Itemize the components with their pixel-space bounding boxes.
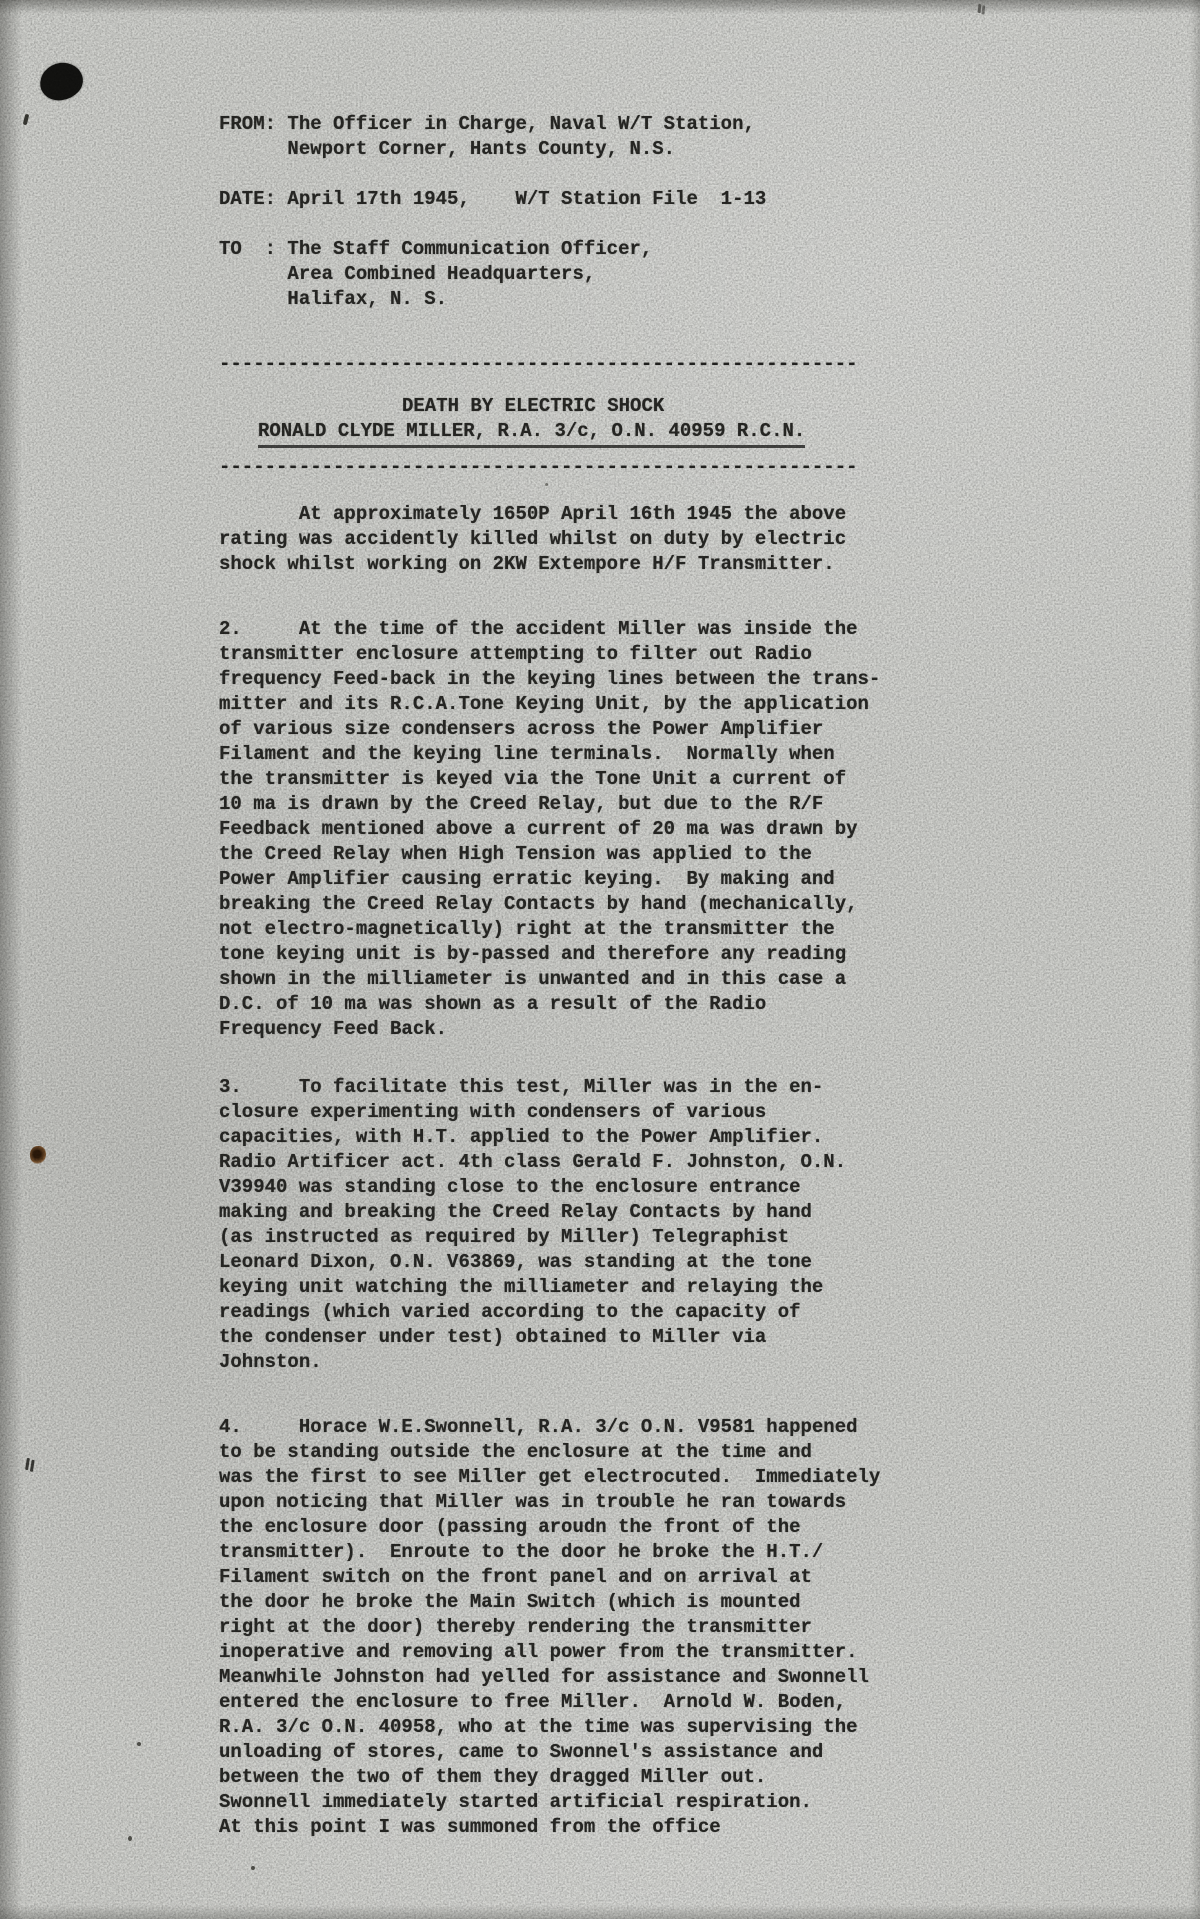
ink-speck — [23, 114, 30, 126]
subject-block: DEATH BY ELECTRIC SHOCK RONALD CLYDE MIL… — [219, 394, 1159, 448]
paper-speck — [137, 1742, 141, 1746]
ink-blot — [38, 60, 86, 103]
paper-speck — [251, 1866, 255, 1870]
from-block: FROM: The Officer in Charge, Naval W/T S… — [219, 112, 1159, 162]
page-edge-shadow-left — [0, 0, 22, 1919]
page-edge-shadow-bottom — [0, 1905, 1200, 1919]
paragraph-2: 2. At the time of the accident Miller wa… — [219, 617, 1159, 1042]
page-edge-shadow-right — [1190, 0, 1200, 1919]
paragraph-3: 3. To facilitate this test, Miller was i… — [219, 1075, 1159, 1375]
to-block: TO : The Staff Communication Officer, Ar… — [219, 237, 1159, 312]
paragraph-4: 4. Horace W.E.Swonnell, R.A. 3/c O.N. V9… — [219, 1415, 1159, 1840]
dashed-separator-top: ----------------------------------------… — [219, 352, 1159, 377]
page-edge-shadow-top — [0, 0, 1200, 14]
paper-speck — [128, 1836, 132, 1841]
corner-mark — [978, 4, 982, 13]
scanned-document-page: FROM: The Officer in Charge, Naval W/T S… — [0, 0, 1200, 1919]
subject-title: DEATH BY ELECTRIC SHOCK — [402, 394, 1159, 419]
subject-name-underlined: RONALD CLYDE MILLER, R.A. 3/c, O.N. 4095… — [258, 419, 805, 448]
memo-content: FROM: The Officer in Charge, Naval W/T S… — [219, 112, 1159, 1840]
margin-mark — [25, 1458, 30, 1470]
rust-stain — [30, 1146, 46, 1164]
dashed-separator-bottom: ----------------------------------------… — [219, 455, 1159, 480]
paragraph-1: At approximately 1650P April 16th 1945 t… — [219, 502, 1159, 577]
subject-name-line: RONALD CLYDE MILLER, R.A. 3/c, O.N. 4095… — [258, 419, 1159, 448]
date-line: DATE: April 17th 1945, W/T Station File … — [219, 187, 1159, 212]
